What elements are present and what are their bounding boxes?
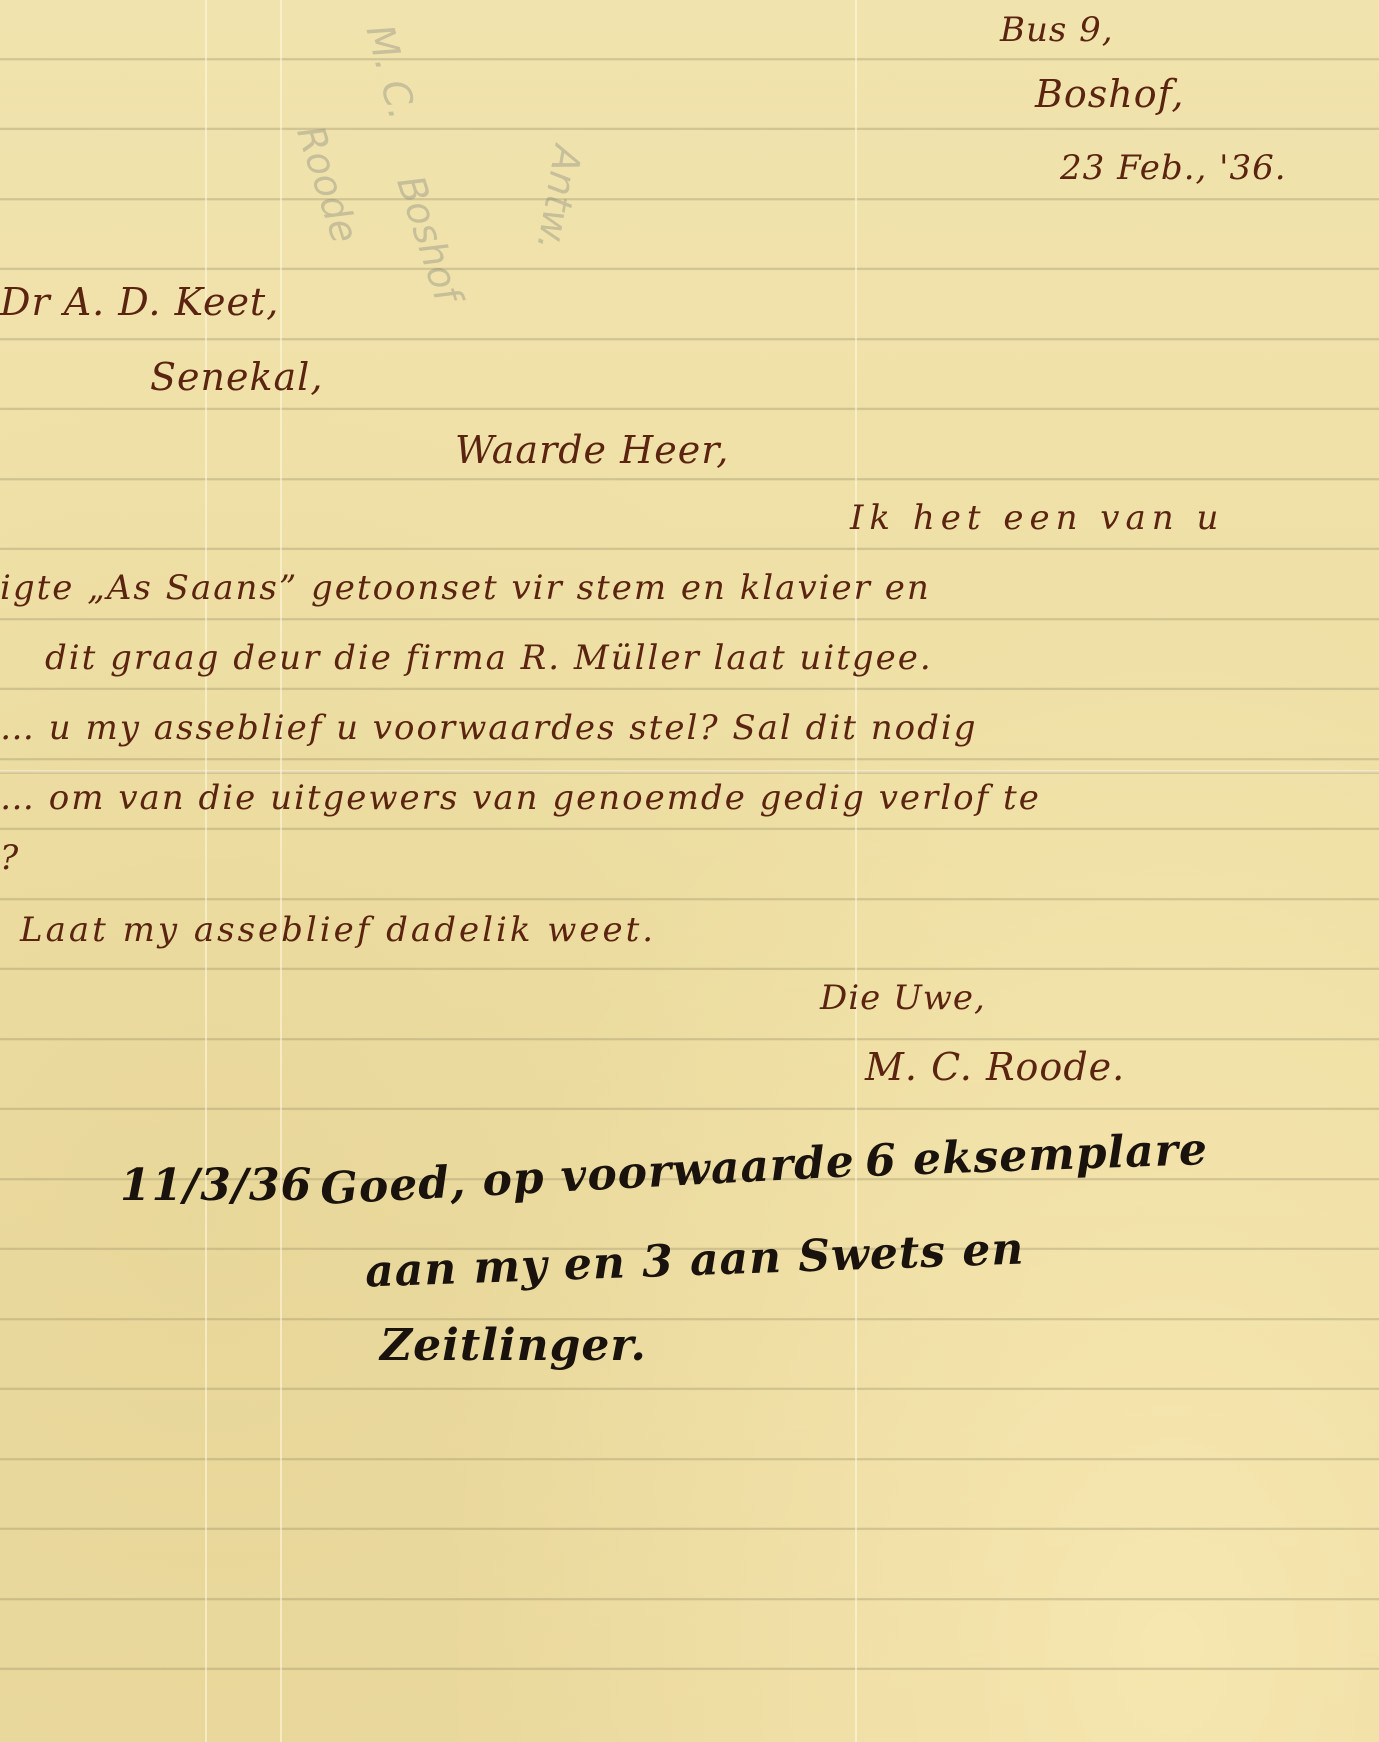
body-line: igte „As Saans” getoonset vir stem en kl…	[0, 568, 931, 608]
recipient-place: Senekal,	[150, 355, 323, 399]
body-line: … om van die uitgewers van genoemde gedi…	[0, 778, 1041, 818]
vertical-fold-crease	[855, 0, 857, 1742]
body-line: Ik het een van u	[850, 498, 1224, 538]
closing: Die Uwe,	[820, 978, 986, 1018]
annotation-date: 11/3/36	[120, 1160, 312, 1211]
body-line: Laat my asseblief dadelik weet.	[20, 910, 656, 950]
body-line: ?	[0, 838, 19, 878]
sender-address-line1: Bus 9,	[1000, 10, 1114, 50]
sender-address-line2: Boshof,	[1035, 72, 1184, 116]
letter-date: 23 Feb., '36.	[1060, 148, 1287, 188]
annotation-line3: Zeitlinger.	[380, 1320, 647, 1371]
body-line: dit graag deur die firma R. Müller laat …	[45, 638, 933, 678]
vertical-fold-crease	[205, 0, 207, 1742]
salutation: Waarde Heer,	[455, 428, 729, 472]
vertical-fold-crease	[280, 0, 282, 1742]
body-line: … u my asseblief u voorwaardes stel? Sal…	[0, 708, 978, 748]
signature: M. C. Roode.	[865, 1045, 1125, 1089]
recipient-name: Dr A. D. Keet,	[0, 280, 279, 324]
